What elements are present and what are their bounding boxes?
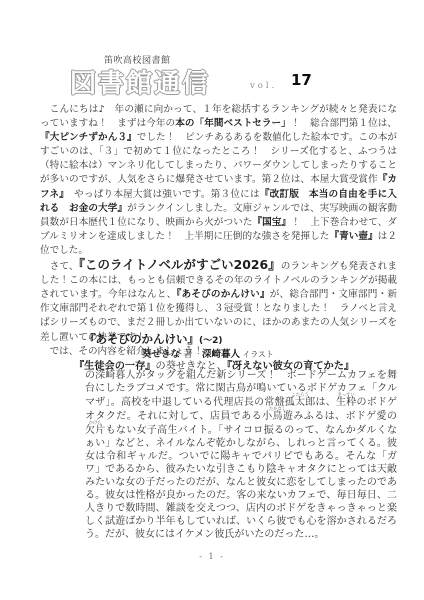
volume-label: vol.	[250, 81, 277, 91]
book-title: 『あそびのかんけい』(～2)	[84, 331, 223, 347]
intro-paragraph-ranking: こんにちは♪ 年の瀬に向かって、１年を総括するランキングが続々と発表になっていま…	[40, 103, 397, 258]
intro-text: こんにちは♪ 年の瀬に向かって、１年を総括するランキングが続々と発表になっていま…	[40, 103, 397, 359]
newsletter-title: 図書館通信	[70, 63, 210, 100]
volume-number: 17	[291, 71, 312, 89]
newsletter-page: 笛吹高校図書館 図書館通信 vol. 17 こんにちは♪ 年の瀬に向かって、１年…	[0, 0, 424, 600]
book-description: の深崎暮人がタッグを組んだ新シリーズ！ ボードゲームカフェを舞台にしたラブコメで…	[85, 369, 397, 541]
page-number: - 1 -	[0, 552, 424, 561]
